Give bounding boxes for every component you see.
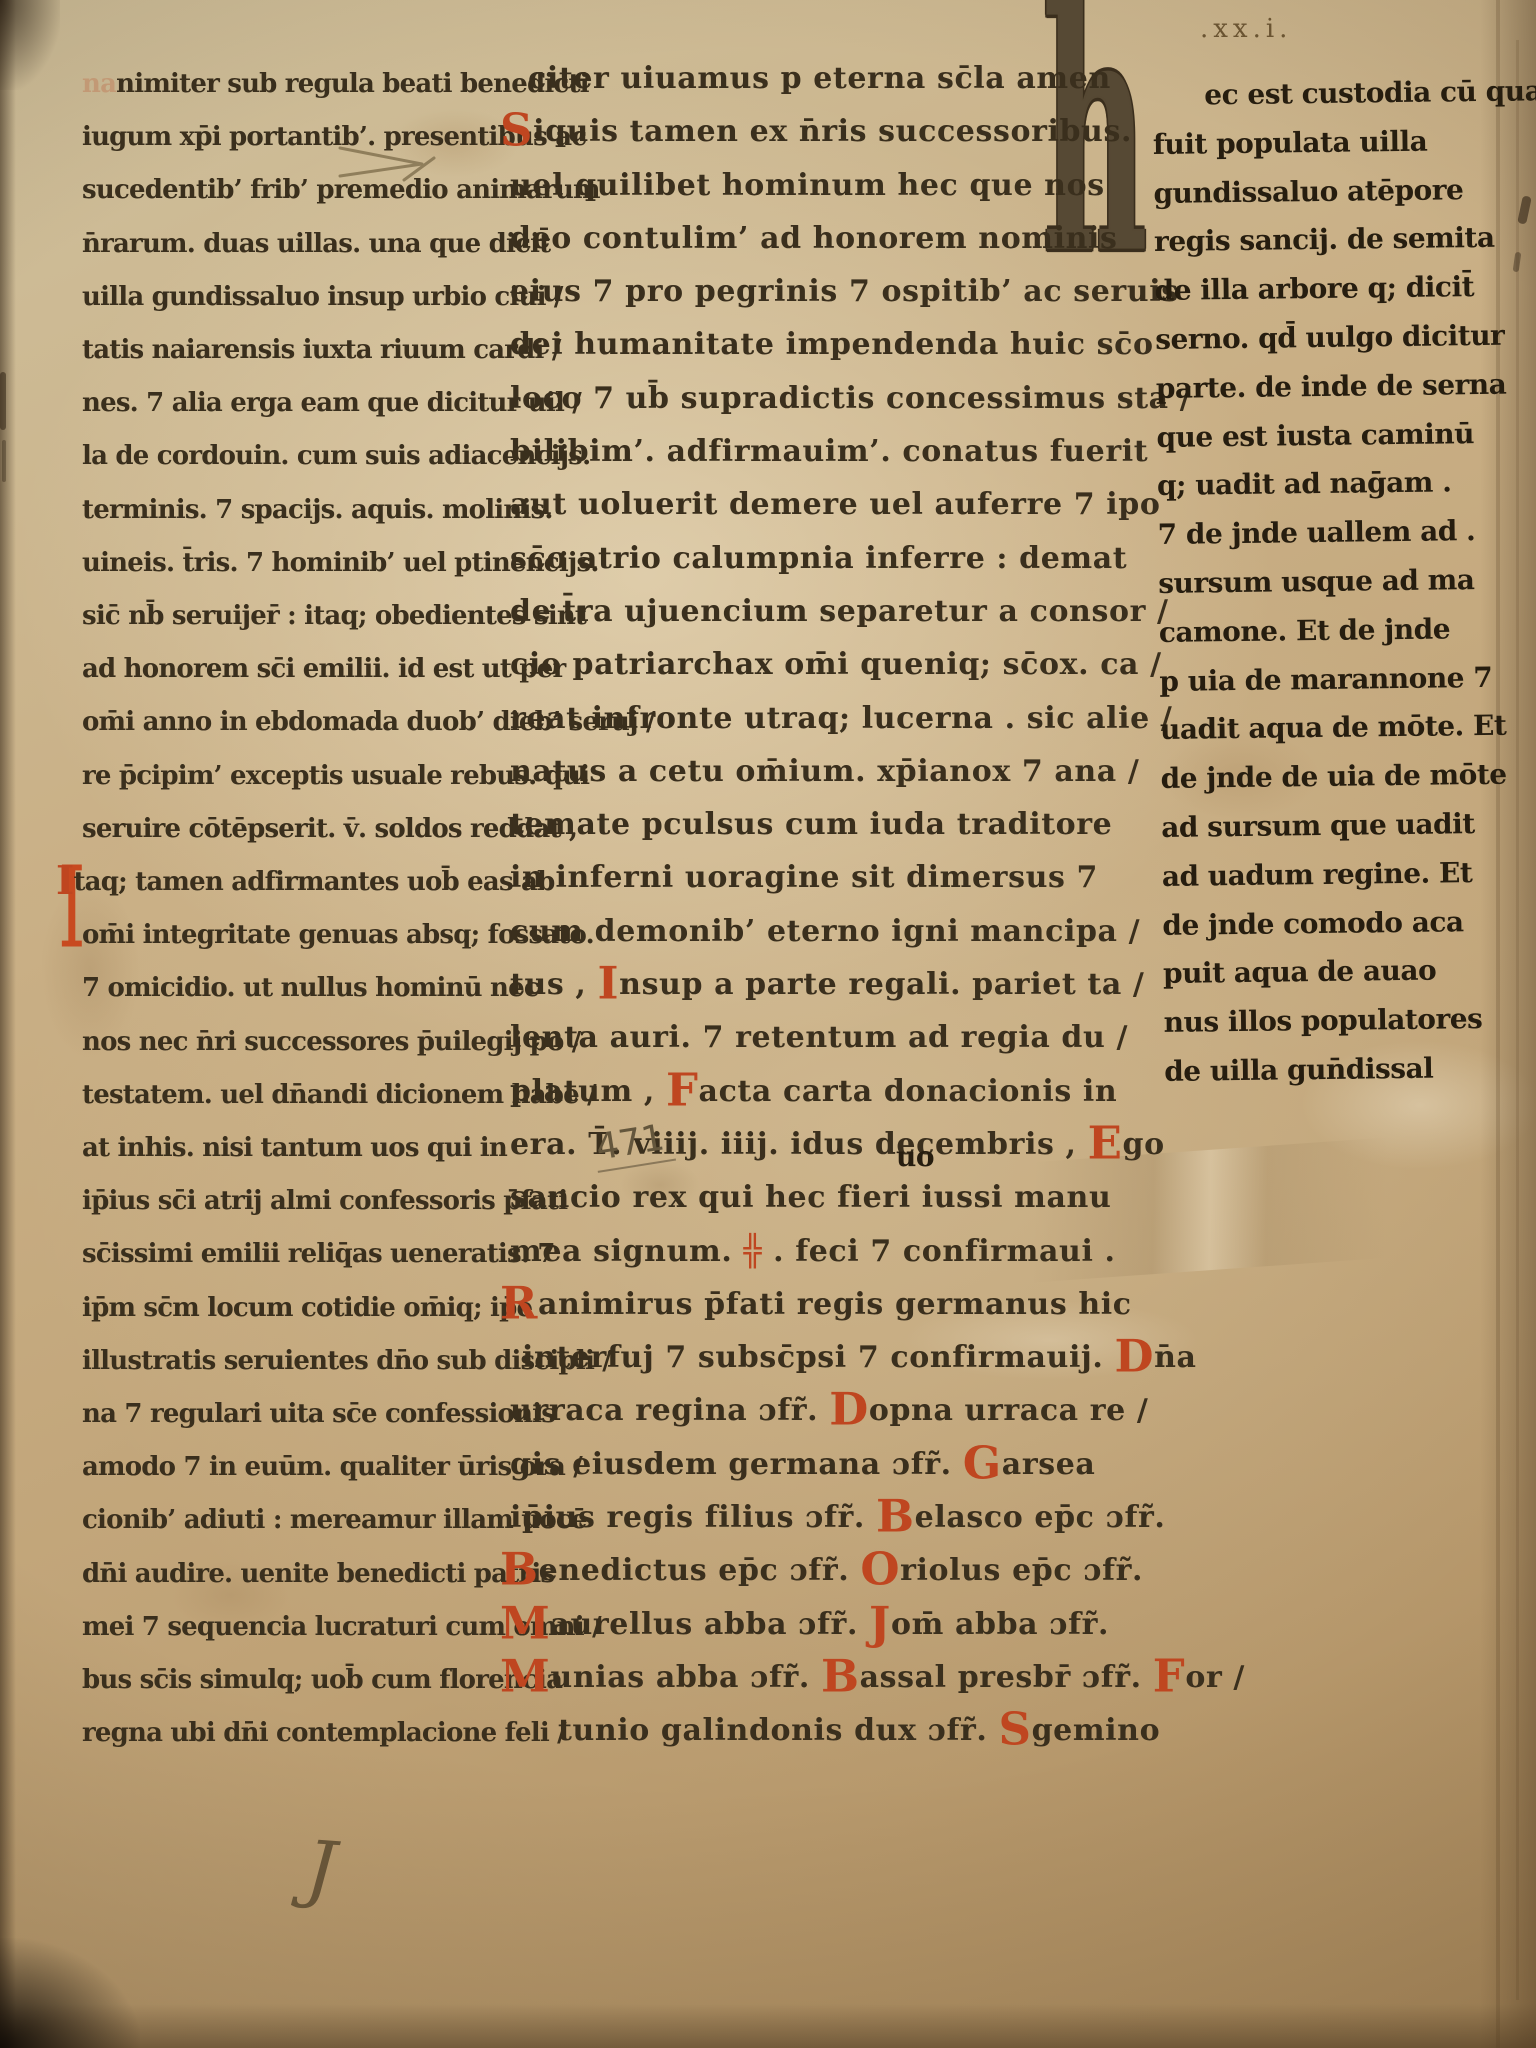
text-line: amodo 7 in euūm. qualiter ūris ora / [82, 1441, 512, 1494]
text-segment: q; uadit ad naḡam . [1157, 466, 1452, 503]
rubric-initial: B [500, 1543, 539, 1596]
text-line: cum demonib’ eterno igni mancipa / [510, 905, 1170, 958]
text-segment: dei humanitate impendenda huic sc̄o [510, 327, 1154, 362]
text-segment: na [82, 69, 116, 99]
rubric-initial: S [998, 1703, 1031, 1756]
text-line: gis eiusdem germana ɔfr̃. Garsea [510, 1438, 1170, 1491]
text-line: que est iusta caminū [1156, 409, 1527, 462]
text-line: ip̄ius regis filius ɔfr̃. Belasco ep̄c ɔ… [510, 1491, 1170, 1544]
text-segment: camone. Et de jnde [1159, 612, 1451, 649]
text-segment: tunio galindonis dux ɔfr̃. [558, 1713, 998, 1748]
text-segment: gis eiusdem germana ɔfr̃. [510, 1447, 963, 1482]
text-line: uineis. t̄ris. 7 hominib’ uel ptinencijs… [82, 537, 512, 590]
text-line: tus , Insup a parte regali. pariet ta / [510, 958, 1170, 1011]
text-line: 7 de jnde uallem ad . [1157, 507, 1528, 560]
text-line: Benedictus ep̄c ɔfr̃. Oriolus ep̄c ɔfr̃. [500, 1544, 1170, 1597]
text-segment: na 7 regulari uita sc̄e confessionis [82, 1399, 555, 1429]
text-line: ip̄ius sc̄i atrij almi confessoris p̄fat… [82, 1175, 512, 1228]
text-segment: terminis. 7 spacijs. aquis. molinis. [82, 495, 553, 525]
text-segment: cio patriarchax om̄i queniq; sc̄ox. ca / [510, 647, 1162, 682]
text-line: serno. qd̄ uulgo dicitur [1155, 311, 1526, 364]
text-line: terminis. 7 spacijs. aquis. molinis. [82, 484, 512, 537]
text-line: sc̄o atrio calumpnia inferre : demat [510, 532, 1170, 585]
text-segment: citer uiuamus p eterna sc̄la amen [528, 61, 1111, 96]
text-line: uel quilibet hominum hec que nos [510, 159, 1170, 212]
text-line: tunio galindonis dux ɔfr̃. Sgemino [558, 1704, 1170, 1757]
text-line: natus a cetu om̄ium. xp̄ianox 7 ana / [510, 745, 1170, 798]
text-line: regna ubi dn̄i contemplacione feli / [82, 1707, 512, 1760]
text-line: om̄i integritate genuas absq; fossato. [82, 909, 512, 962]
text-line: om̄i anno in ebdomada duob’ dieb’ seruj … [82, 696, 512, 749]
text-segment: sc̄issimi emilii reliq̄as ueneratis. 7 [82, 1239, 555, 1269]
text-line: in inferni uoragine sit dimersus 7 [510, 851, 1170, 904]
text-segment: n̄rarum. duas uillas. una que dicit̄ [82, 229, 550, 259]
text-segment: elasco ep̄c ɔfr̃. [915, 1500, 1166, 1535]
text-line: dei humanitate impendenda huic sc̄o [510, 318, 1170, 371]
text-segment: iquis tamen ex n̄ris successoribus. [533, 114, 1132, 149]
text-segment: nus illos populatores [1163, 1002, 1482, 1039]
text-line: nes. 7 alia erga eam que dicitur uil / [82, 377, 512, 430]
text-segment: de uilla gun̄dissal [1164, 1052, 1434, 1088]
text-segment: urraca regina ɔfr̃. [510, 1393, 829, 1428]
text-line: 7 omicidio. ut nullus hominū nec [82, 962, 512, 1015]
text-segment: 7 omicidio. ut nullus hominū nec [82, 973, 539, 1003]
rubric-initial: M [500, 1649, 550, 1702]
text-line: ad uadum regine. Et [1162, 848, 1533, 901]
text-segment: natus a cetu om̄ium. xp̄ianox 7 ana / [510, 754, 1139, 789]
text-segment: or / [1185, 1660, 1245, 1695]
rubric-initial: B [821, 1649, 860, 1702]
text-line: aut uoluerit demere uel auferre 7 ipo [510, 478, 1170, 531]
left-text-column: nanimiter sub regula beati benedictiiugu… [82, 58, 512, 1761]
page-edge-bottom [0, 2004, 1536, 2048]
text-segment: gemino [1032, 1713, 1161, 1748]
rubric-initial: D [1114, 1330, 1154, 1383]
text-line: la de cordouin. cum suis adiacencijs. [82, 430, 512, 483]
text-segment: uilla gundissaluo insup urbio ciui / [82, 282, 563, 312]
text-segment: deo contulim’ ad honorem nominis [510, 221, 1118, 256]
text-line: ad honorem sc̄i emilii. id est ut per [82, 643, 512, 696]
text-line: Maurellus abba ɔfr̃. Jom̄ abba ɔfr̃. [500, 1598, 1170, 1651]
text-segment: ip̄ius regis filius ɔfr̃. [510, 1500, 876, 1535]
text-segment: platum , [510, 1074, 666, 1109]
text-segment: regis sancij. de semita [1154, 221, 1495, 258]
text-segment: loco 7 ub̄ supradictis concessimus sta / [510, 381, 1191, 416]
text-segment: fuit populata uilla [1153, 124, 1428, 160]
text-line: uilla gundissaluo insup urbio ciui / [82, 271, 512, 324]
text-segment: ip̄ius sc̄i atrij almi confessoris p̄fat… [82, 1186, 567, 1216]
text-segment: 7 de jnde uallem ad . [1157, 514, 1475, 551]
photo-dark-corner [0, 1938, 140, 2048]
text-line: ip̄m sc̄m locum cotidie om̄iq; ip̄e [82, 1282, 512, 1335]
text-line: uadit aqua de mōte. Et [1160, 702, 1531, 755]
text-segment: de jnde de uia de mōte [1160, 758, 1506, 795]
text-line: p uia de marannone 7 [1159, 653, 1530, 706]
text-line: mei 7 sequencia lucraturi cum omni / [82, 1601, 512, 1654]
marginal-addition-column: ec est custodia cū quafuit populata uil… [1152, 67, 1534, 1096]
text-segment: assal presbr̄ ɔfr̃. [860, 1660, 1153, 1695]
right-text-column: citer uiuamus p eterna sc̄la amenSiquis … [500, 52, 1170, 1758]
text-line: loco 7 ub̄ supradictis concessimus sta / [510, 372, 1170, 425]
text-segment: que est iusta caminū [1156, 417, 1474, 454]
text-line: lenta auri. 7 retentum ad regia du / [510, 1011, 1170, 1064]
text-segment: p uia de marannone 7 [1159, 660, 1492, 697]
text-line: nus illos populatores [1163, 995, 1534, 1048]
text-segment: ╬ [743, 1234, 762, 1269]
manuscript-page: .xx.i. h I nanimiter sub regula beati be… [0, 0, 1536, 2048]
text-line: de illa arbore q; dicit̄ [1154, 263, 1525, 316]
edge-mark [0, 372, 6, 430]
text-line: re p̄cipim’ exceptis usuale rebus. qui [82, 750, 512, 803]
text-line: bilibim’. adfirmauim’. conatus fuerit [510, 425, 1170, 478]
text-line: eius 7 pro pegrinis 7 ospitib’ ac seruis [510, 265, 1170, 318]
text-segment: taq; tamen adfirmantes uob̄ eas ab [73, 867, 554, 897]
text-line: nanimiter sub regula beati benedicti [82, 58, 512, 111]
text-segment: nsup a parte regali. pariet ta / [619, 967, 1144, 1002]
text-line: sc̄issimi emilii reliq̄as ueneratis. 7 [82, 1228, 512, 1281]
text-segment: dn̄i audire. uenite benedicti patris [82, 1559, 554, 1589]
text-segment: de illa arbore q; dicit̄ [1154, 270, 1474, 307]
text-line: Munias abba ɔfr̃. Bassal presbr̄ ɔfr̃. F… [500, 1651, 1170, 1704]
text-line: deo contulim’ ad honorem nominis [510, 212, 1170, 265]
text-segment: opna urraca re / [869, 1393, 1149, 1428]
rubric-initial: B [876, 1490, 915, 1543]
text-segment: bilibim’. adfirmauim’. conatus fuerit [510, 434, 1148, 469]
text-line: puit aqua de auao [1163, 946, 1534, 999]
text-line: citer uiuamus p eterna sc̄la amen [528, 52, 1170, 105]
text-line: cio patriarchax om̄i queniq; sc̄ox. ca / [510, 638, 1170, 691]
text-segment: sursum usque ad ma [1158, 563, 1475, 600]
text-line: sucedentib’ frib’ premedio animarum [82, 164, 512, 217]
rubric-initial: E [1088, 1116, 1123, 1169]
text-segment: sancio rex qui hec fieri iussi manu [510, 1180, 1111, 1215]
text-segment: serno. qd̄ uulgo dicitur [1155, 319, 1504, 356]
text-segment: ad uadum regine. Et [1162, 856, 1473, 893]
text-segment: de t̄ra ujuencium separetur a consor / [510, 594, 1169, 629]
text-segment: parte. de inde de serna [1156, 367, 1507, 404]
text-line: sancio rex qui hec fieri iussi manu [510, 1171, 1170, 1224]
text-line: reat infronte utraq; lucerna . sic alie … [510, 692, 1170, 745]
text-segment: de jnde comodo aca [1162, 905, 1464, 942]
text-segment: gundissaluo atēpore [1153, 173, 1463, 210]
text-segment: ip̄m sc̄m locum cotidie om̄iq; ip̄e [82, 1293, 532, 1323]
text-line: nos nec n̄ri successores p̄uilegij po / [82, 1016, 512, 1069]
text-segment: ad honorem sc̄i emilii. id est ut per [82, 654, 565, 684]
text-segment: aut uoluerit demere uel auferre 7 ipo [510, 487, 1160, 522]
text-segment: enedictus ep̄c ɔfr̃. [539, 1553, 861, 1588]
text-line: fuit populata uilla [1153, 116, 1524, 169]
text-line: interfuj 7 subsc̄psi 7 confirmauij. Dn̄a [522, 1331, 1170, 1384]
text-line: bus sc̄is simulq; uob̄ cum florencia [82, 1654, 512, 1707]
text-line: n̄rarum. duas uillas. una que dicit̄ [82, 218, 512, 271]
text-line: temate pculsus cum iuda traditore [510, 798, 1170, 851]
text-line: illustratis seruientes dn̄o sub discipli… [82, 1335, 512, 1388]
rubric-initial: F [666, 1063, 699, 1116]
text-segment: eius 7 pro pegrinis 7 ospitib’ ac seruis [510, 274, 1179, 309]
text-segment: puit aqua de auao [1163, 954, 1437, 990]
text-line: tatis naiarensis iuxta riuum cardi / [82, 324, 512, 377]
rubric-initial: M [500, 1596, 550, 1649]
text-segment: tus , [510, 967, 598, 1002]
marginal-wrap-fragment: uo [896, 1140, 934, 1173]
text-line: sic̄ nb̄ seruijer̄ : itaq; obedientes si… [82, 590, 512, 643]
text-segment: unias abba ɔfr̃. [550, 1660, 821, 1695]
text-line: gundissaluo atēpore [1153, 165, 1524, 218]
text-segment: uadit aqua de mōte. Et [1160, 709, 1507, 746]
rubric-initial: I [598, 957, 620, 1010]
text-line: na 7 regulari uita sc̄e confessionis [82, 1388, 512, 1441]
text-segment: interfuj 7 subsc̄psi 7 confirmauij. [522, 1340, 1114, 1375]
text-line: at inhis. nisi tantum uos qui in [82, 1122, 512, 1175]
text-line: dn̄i audire. uenite benedicti patris [82, 1548, 512, 1601]
text-segment: temate pculsus cum iuda traditore [510, 807, 1112, 842]
text-segment: lenta auri. 7 retentum ad regia du / [510, 1020, 1128, 1055]
text-segment: ad sursum que uadit [1161, 807, 1475, 844]
text-segment: in inferni uoragine sit dimersus 7 [510, 860, 1098, 895]
rubric-initial: I [56, 858, 73, 904]
edge-mark [2, 440, 6, 482]
text-segment: go [1123, 1127, 1165, 1162]
text-segment: regna ubi dn̄i contemplacione feli / [82, 1718, 566, 1748]
text-line: sursum usque ad ma [1158, 555, 1529, 608]
text-segment: bus sc̄is simulq; uob̄ cum florencia [82, 1665, 562, 1695]
text-segment: cum demonib’ eterno igni mancipa / [510, 914, 1140, 949]
text-line: de uilla gun̄dissal [1164, 1043, 1535, 1096]
rubric-initial: O [860, 1543, 900, 1596]
text-segment: reat infronte utraq; lucerna . sic alie … [510, 701, 1172, 736]
text-segment: acta carta donacionis in [699, 1074, 1118, 1109]
rubric-initial: S [500, 104, 533, 157]
text-line: ec est custodia cū qua [1204, 67, 1523, 120]
text-segment: aurellus abba ɔfr̃. [550, 1607, 869, 1642]
text-line: ad sursum que uadit [1161, 799, 1532, 852]
rubric-initial: R [500, 1276, 538, 1329]
gutter-flourish: J [303, 1825, 339, 1913]
text-line: platum , Facta carta donacionis in [510, 1065, 1170, 1118]
text-segment: om̄ abba ɔfr̃. [891, 1607, 1109, 1642]
text-line: Ranimirus p̄fati regis germanus hic [500, 1278, 1170, 1331]
text-line: cionib’ adiuti : mereamur illam uocē [82, 1494, 512, 1547]
text-line: q; uadit ad naḡam . [1157, 458, 1528, 511]
text-segment: ec est custodia cū qua [1204, 74, 1536, 111]
text-line: de jnde de uia de mōte [1160, 751, 1531, 804]
text-line: seruire cōtēpserit. v̄. soldos reddat … [82, 803, 512, 856]
text-line: parte. de inde de serna [1156, 360, 1527, 413]
page-edge-left [0, 0, 16, 2048]
rubric-initial: G [963, 1436, 1002, 1489]
text-line: de jnde comodo aca [1162, 897, 1533, 950]
rubric-initial: F [1153, 1649, 1186, 1702]
text-segment: mea signum. [510, 1234, 743, 1269]
text-line: Siquis tamen ex n̄ris successoribus. [500, 105, 1170, 158]
folio-number: .xx.i. [1200, 14, 1292, 44]
text-line: regis sancij. de semita [1154, 214, 1525, 267]
text-segment: animirus p̄fati regis germanus hic [538, 1287, 1132, 1322]
text-line: Itaq; tamen adfirmantes uob̄ eas ab [56, 856, 512, 909]
text-segment: tatis naiarensis iuxta riuum cardi / [82, 335, 561, 365]
text-line: de t̄ra ujuencium separetur a consor / [510, 585, 1170, 638]
rubric-initial: D [829, 1383, 869, 1436]
text-segment: n̄a [1154, 1340, 1196, 1375]
text-line: iugum xp̄i portantib’. presentibus ac [82, 111, 512, 164]
text-line: urraca regina ɔfr̃. Dopna urraca re / [510, 1384, 1170, 1437]
rubric-initial: J [869, 1596, 891, 1649]
text-line: mea signum. ╬ . feci 7 confirmaui . [510, 1225, 1170, 1278]
text-segment: arsea [1002, 1447, 1096, 1482]
text-line: testatem. uel dn̄andi dicionem habe / [82, 1069, 512, 1122]
photo-dark-corner [0, 0, 60, 90]
text-line: camone. Et de jnde [1159, 604, 1530, 657]
text-segment: . feci 7 confirmaui . [762, 1234, 1115, 1269]
text-segment: uel quilibet hominum hec que nos [510, 168, 1105, 203]
text-segment: riolus ep̄c ɔfr̃. [900, 1553, 1143, 1588]
text-segment: sc̄o atrio calumpnia inferre : demat [510, 541, 1127, 576]
text-segment: at inhis. nisi tantum uos qui in [82, 1133, 507, 1163]
